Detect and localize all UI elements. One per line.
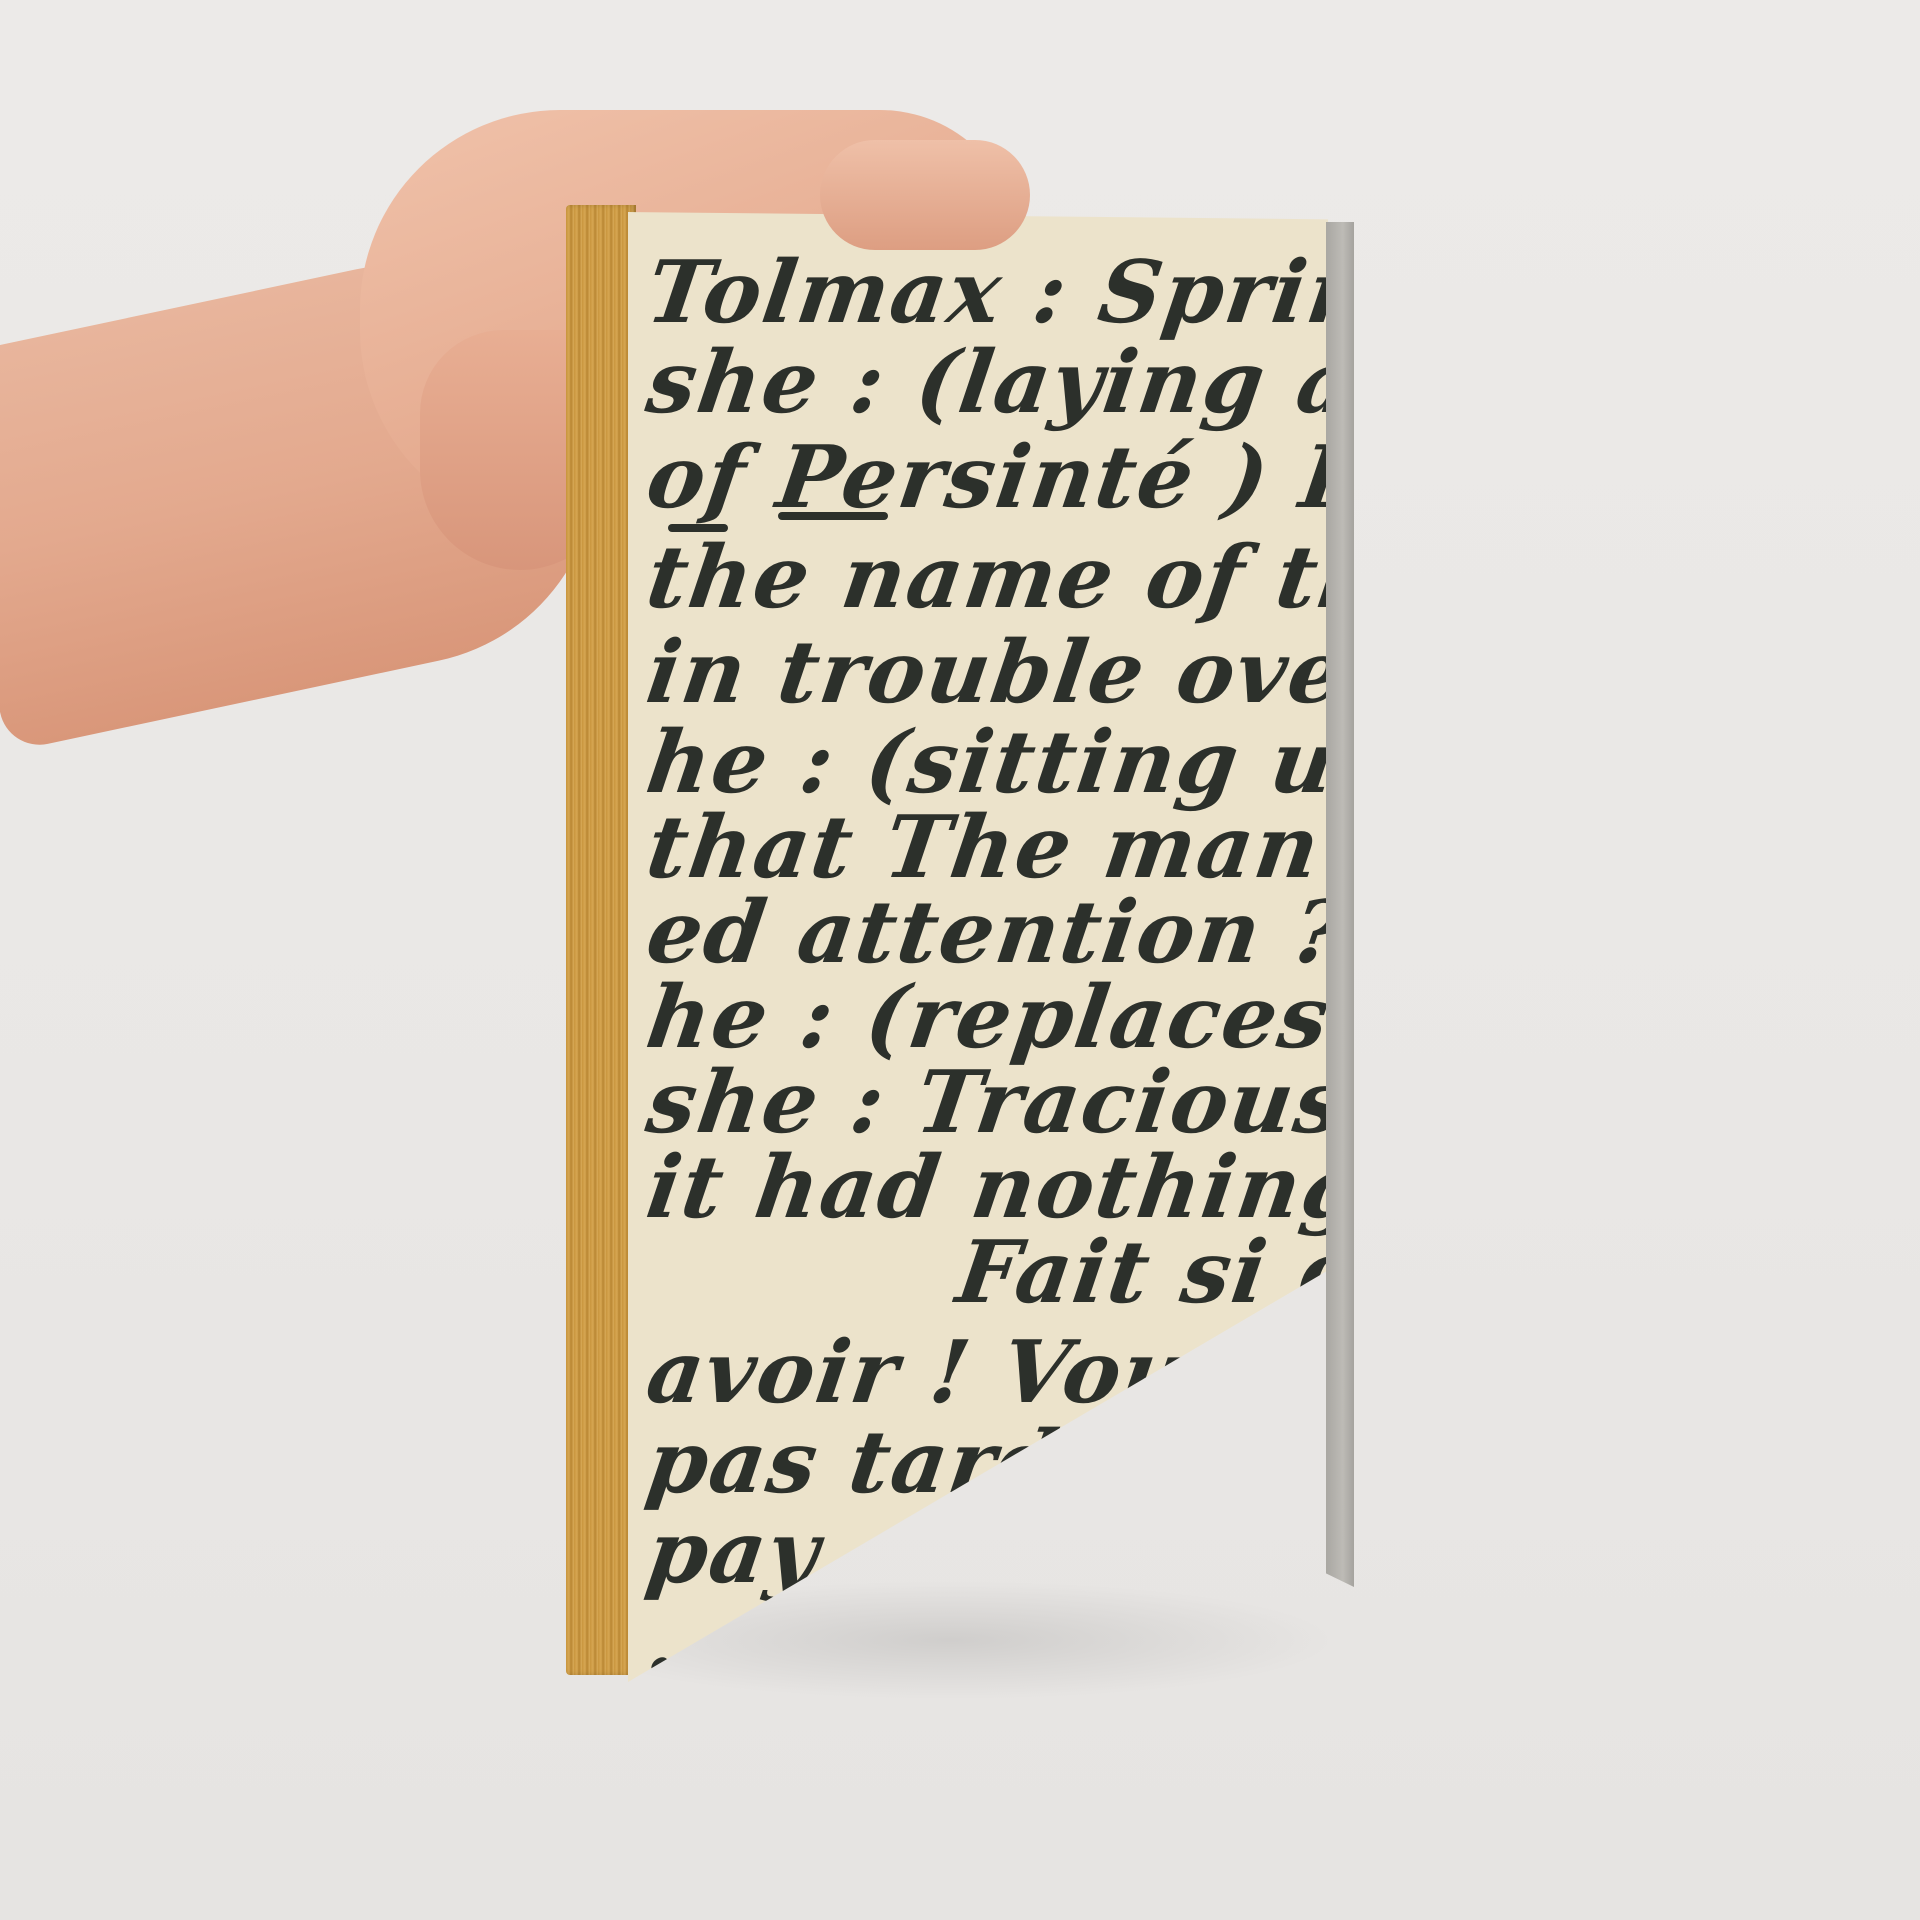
manuscript-line: she : (laying aside [641, 332, 1328, 433]
manuscript-line: the name of that, [641, 527, 1328, 628]
manuscript-line: of Persinté ) I know [641, 427, 1328, 528]
manuscript-underline [778, 512, 888, 520]
manuscript-line: pas tard. Vous le pa [641, 1412, 1328, 1513]
manuscript-line: in trouble over there i [641, 622, 1328, 723]
page-edges [566, 205, 636, 1675]
manuscript-line: Tolmax : Spring, [641, 242, 1328, 343]
manuscript-line: Fait si e [951, 1222, 1328, 1323]
photo-scene: Tolmax : Spring, she : (laying aside of … [0, 0, 1920, 1920]
fingertip [820, 140, 1030, 250]
book-spine [1326, 222, 1354, 1587]
manuscript-line: avoir ! Vous a ve [641, 1322, 1328, 1423]
book-cover: Tolmax : Spring, she : (laying aside of … [628, 212, 1328, 1682]
